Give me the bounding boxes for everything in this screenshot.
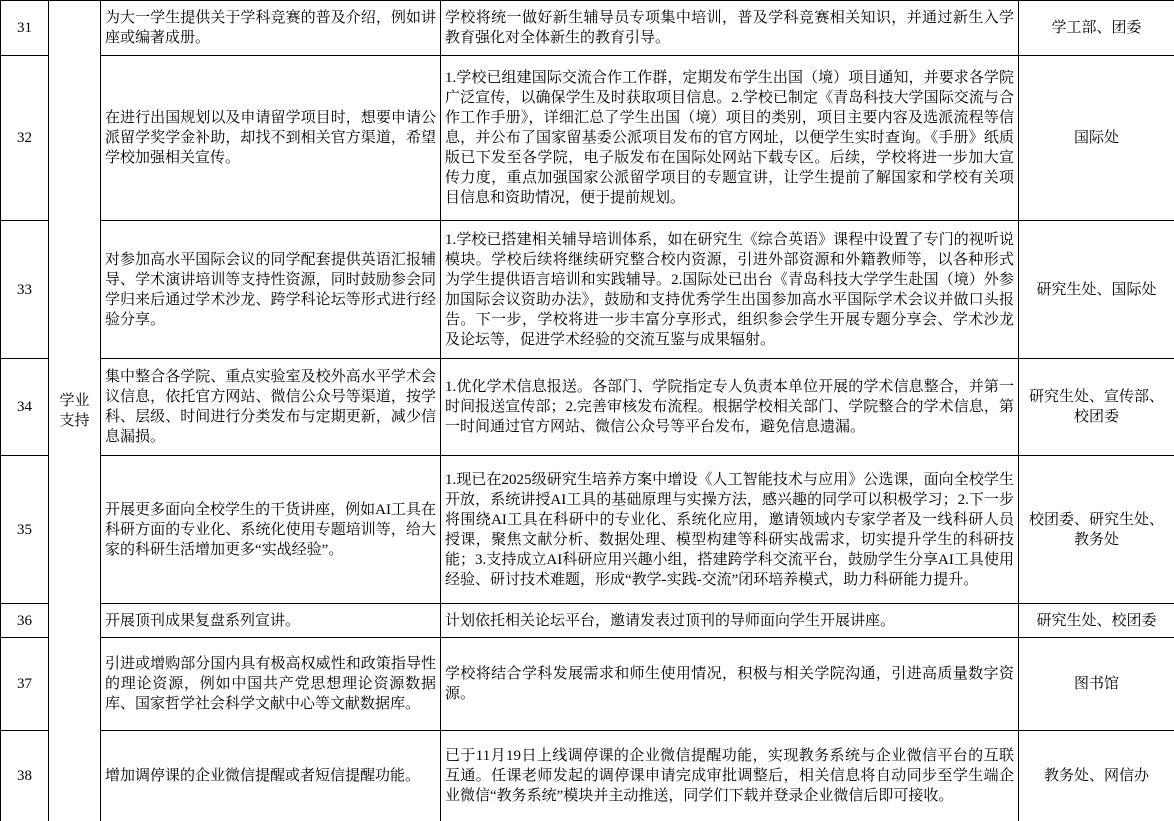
table-row: 34 集中整合各学院、重点实验室及校外高水平学术会议信息，依托官方网站、微信公众…	[1, 359, 1174, 456]
question-cell: 开展顶刊成果复盘系列宣讲。	[101, 604, 441, 638]
answer-cell: 学校将结合学科发展需求和师生使用情况，积极与相关学院沟通，引进高质量数字资源。	[441, 638, 1019, 731]
department-cell: 校团委、研究生处、教务处	[1019, 456, 1174, 604]
question-cell: 开展更多面向全校学生的干货讲座，例如AI工具在科研方面的专业化、系统化使用专题培…	[101, 456, 441, 604]
document-page: 31 学业支持 为大一学生提供关于学科竞赛的普及介绍，例如讲座或编著成册。 学校…	[0, 0, 1174, 821]
department-cell: 教务处、网信办	[1019, 731, 1174, 821]
suggestions-table: 31 学业支持 为大一学生提供关于学科竞赛的普及介绍，例如讲座或编著成册。 学校…	[0, 0, 1174, 821]
question-cell: 增加调停课的企业微信提醒或者短信提醒功能。	[101, 731, 441, 821]
question-cell: 引进或增购部分国内具有极高权威性和政策指导性的理论资源，例如中国共产党思想理论资…	[101, 638, 441, 731]
category-cell: 学业支持	[49, 1, 101, 821]
row-number: 38	[1, 731, 49, 821]
answer-cell: 1.现已在2025级研究生培养方案中增设《人工智能技术与应用》公选课，面向全校学…	[441, 456, 1019, 604]
department-cell: 学工部、团委	[1019, 1, 1174, 56]
row-number: 35	[1, 456, 49, 604]
question-cell: 在进行出国规划以及申请留学项目时，想要申请公派留学奖学金补助，却找不到相关官方渠…	[101, 56, 441, 221]
department-cell: 研究生处、校团委	[1019, 604, 1174, 638]
table-row: 38 增加调停课的企业微信提醒或者短信提醒功能。 已于11月19日上线调停课的企…	[1, 731, 1174, 821]
department-cell: 国际处	[1019, 56, 1174, 221]
department-cell: 研究生处、国际处	[1019, 221, 1174, 359]
answer-cell: 计划依托相关论坛平台，邀请发表过顶刊的导师面向学生开展讲座。	[441, 604, 1019, 638]
row-number: 32	[1, 56, 49, 221]
table-row: 37 引进或增购部分国内具有极高权威性和政策指导性的理论资源，例如中国共产党思想…	[1, 638, 1174, 731]
answer-cell: 1.学校已搭建相关辅导培训体系，如在研究生《综合英语》课程中设置了专门的视听说模…	[441, 221, 1019, 359]
answer-cell: 1.学校已组建国际交流合作工作群，定期发布学生出国（境）项目通知，并要求各学院广…	[441, 56, 1019, 221]
question-cell: 对参加高水平国际会议的同学配套提供英语汇报辅导、学术演讲培训等支持性资源，同时鼓…	[101, 221, 441, 359]
row-number: 31	[1, 1, 49, 56]
answer-cell: 已于11月19日上线调停课的企业微信提醒功能，实现教务系统与企业微信平台的互联互…	[441, 731, 1019, 821]
row-number: 34	[1, 359, 49, 456]
question-cell: 集中整合各学院、重点实验室及校外高水平学术会议信息，依托官方网站、微信公众号等渠…	[101, 359, 441, 456]
department-cell: 研究生处、宣传部、校团委	[1019, 359, 1174, 456]
answer-cell: 1.优化学术信息报送。各部门、学院指定专人负责本单位开展的学术信息整合，并第一时…	[441, 359, 1019, 456]
table-row: 36 开展顶刊成果复盘系列宣讲。 计划依托相关论坛平台，邀请发表过顶刊的导师面向…	[1, 604, 1174, 638]
question-cell: 为大一学生提供关于学科竞赛的普及介绍，例如讲座或编著成册。	[101, 1, 441, 56]
row-number: 36	[1, 604, 49, 638]
answer-cell: 学校将统一做好新生辅导员专项集中培训，普及学科竞赛相关知识，并通过新生入学教育强…	[441, 1, 1019, 56]
department-cell: 图书馆	[1019, 638, 1174, 731]
table-row: 31 学业支持 为大一学生提供关于学科竞赛的普及介绍，例如讲座或编著成册。 学校…	[1, 1, 1174, 56]
table-row: 33 对参加高水平国际会议的同学配套提供英语汇报辅导、学术演讲培训等支持性资源，…	[1, 221, 1174, 359]
row-number: 33	[1, 221, 49, 359]
table-row: 35 开展更多面向全校学生的干货讲座，例如AI工具在科研方面的专业化、系统化使用…	[1, 456, 1174, 604]
row-number: 37	[1, 638, 49, 731]
table-row: 32 在进行出国规划以及申请留学项目时，想要申请公派留学奖学金补助，却找不到相关…	[1, 56, 1174, 221]
